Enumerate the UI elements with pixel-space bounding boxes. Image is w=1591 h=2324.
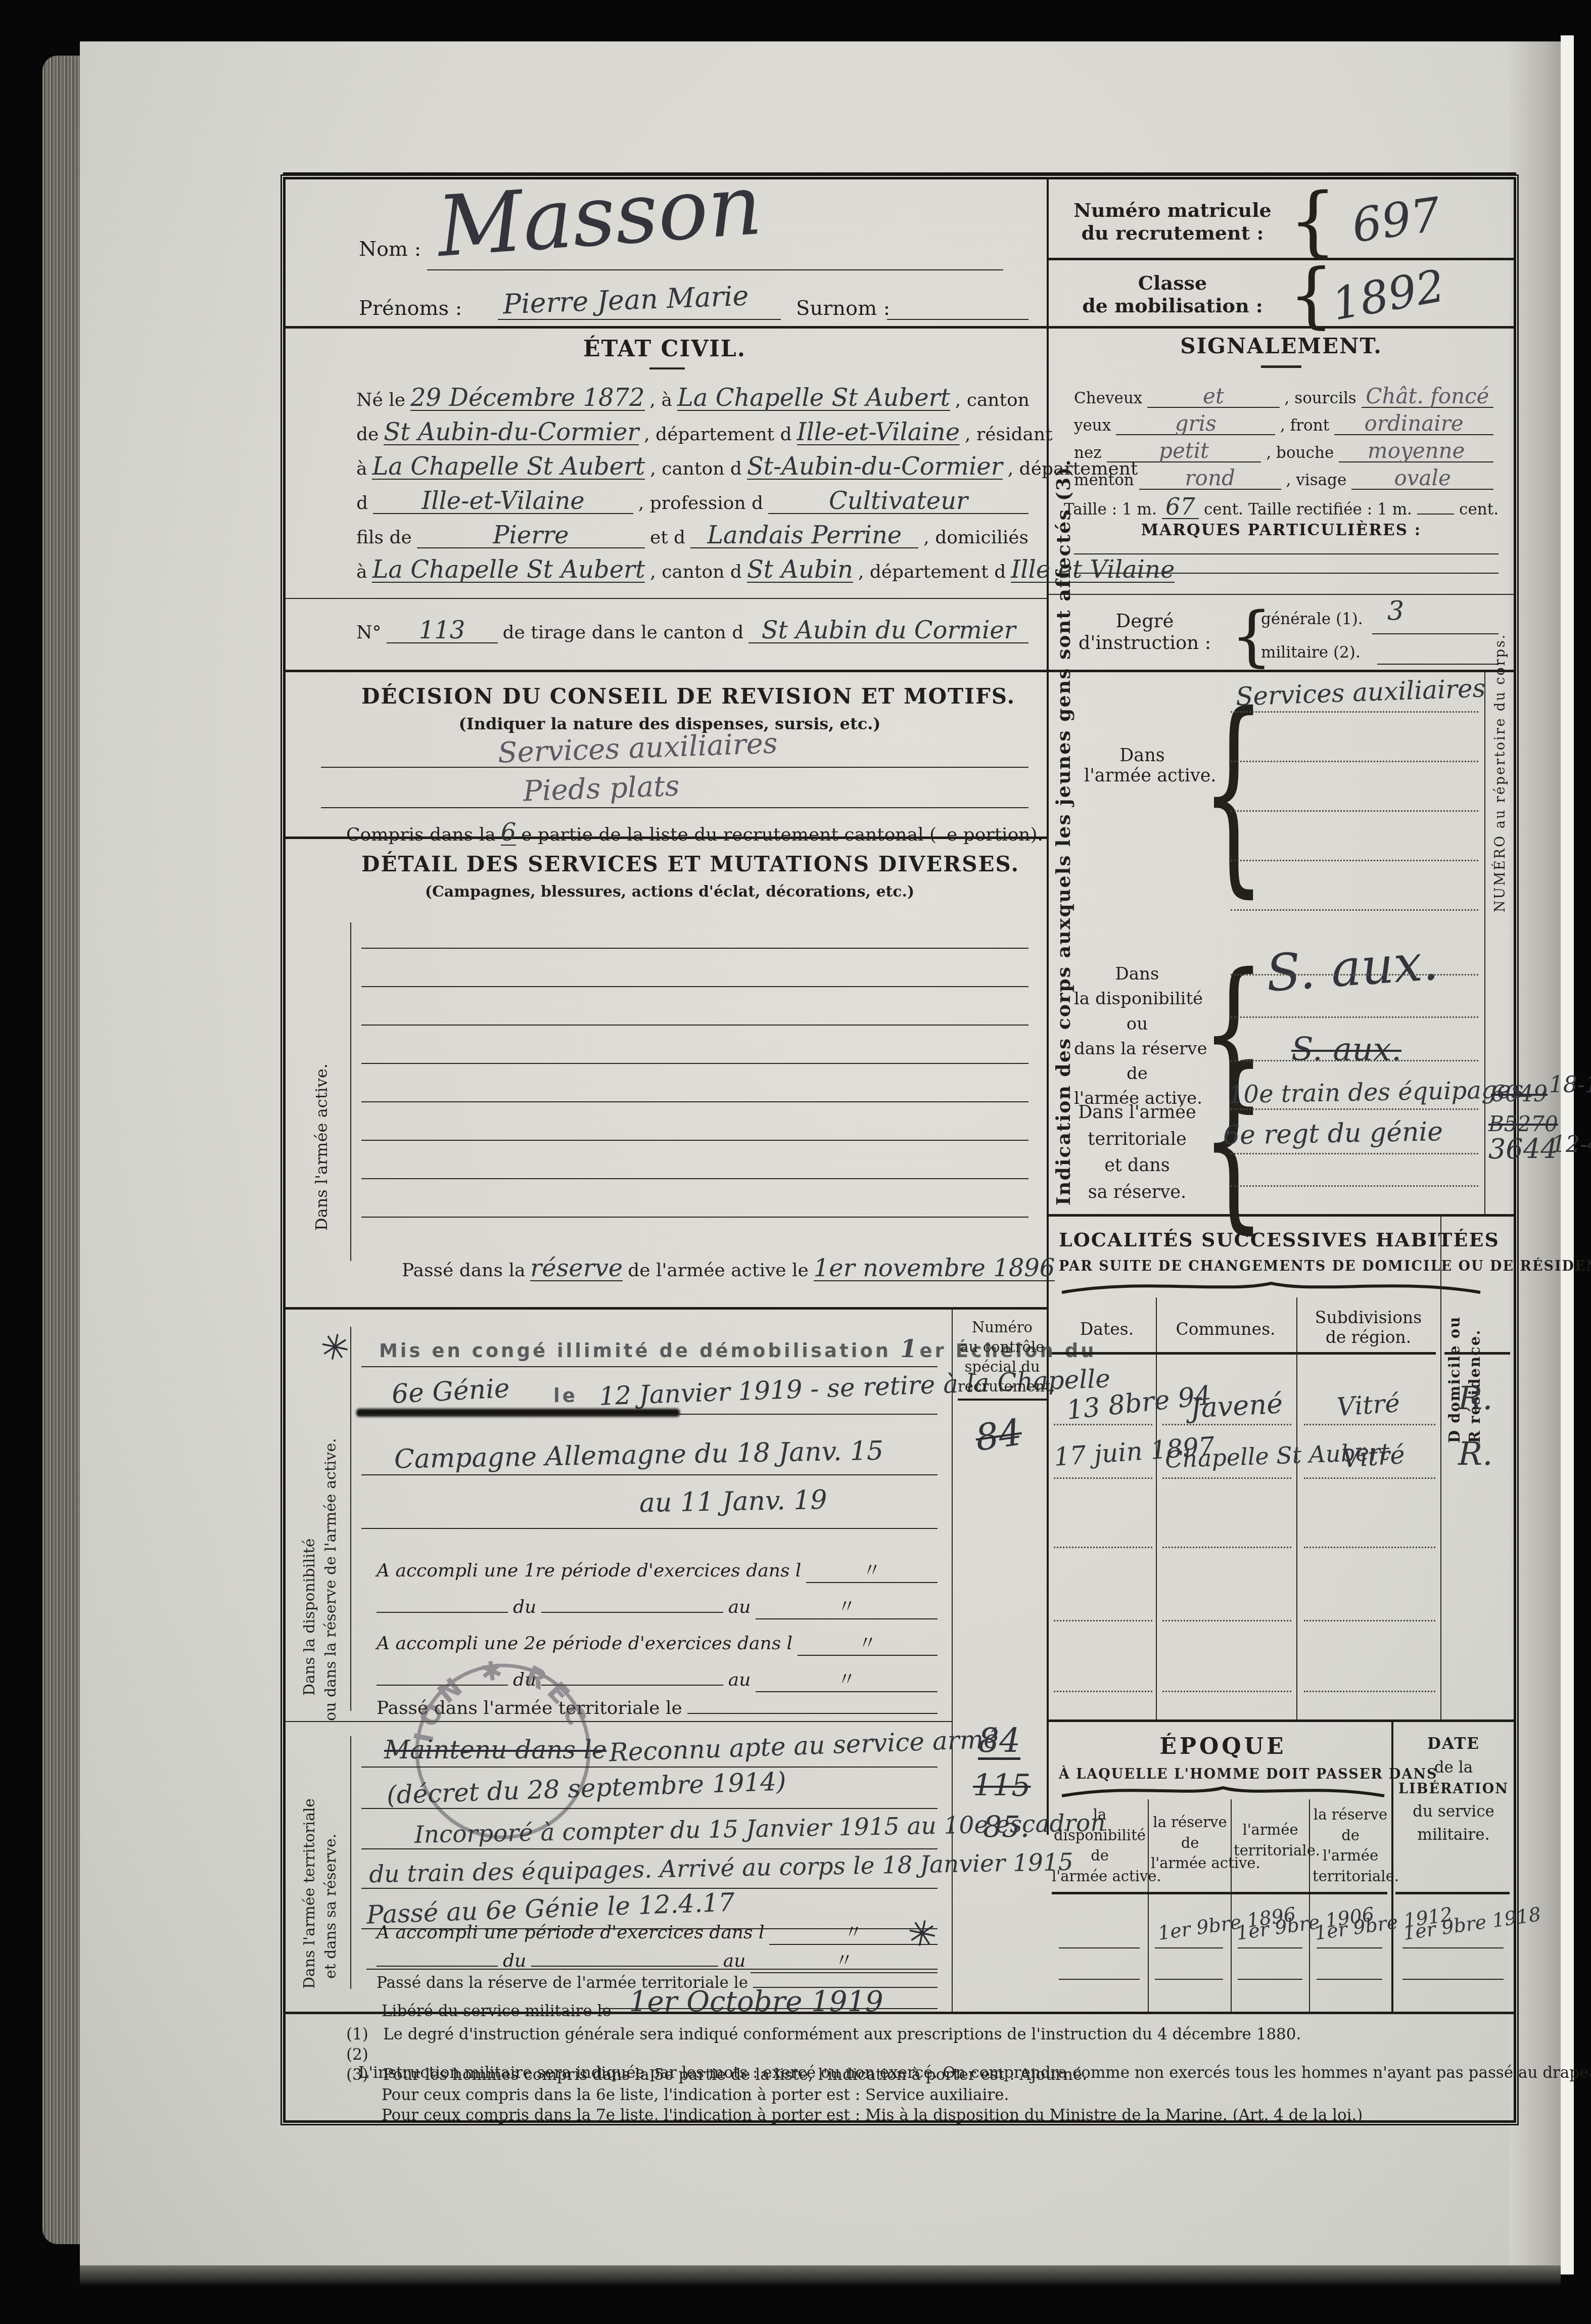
corps-dispo-line	[1231, 974, 1478, 975]
services-ruled-line	[361, 1140, 1028, 1141]
epoque-vline-3	[1309, 1799, 1310, 2012]
territoriale-struck: Maintenu dans le	[384, 1737, 606, 1762]
etat-civil-line-6: à La Chapelle St Aubert , canton d St Au…	[356, 557, 1028, 582]
corps-repertoire-label: NUMÉRO au répertoire du corps.	[1492, 700, 1508, 912]
corps-active-line	[1231, 909, 1478, 911]
epoque-row-line	[1059, 1979, 1140, 1980]
localites-subtitle: PAR SUITE DE CHANGEMENTS DE DOMICILE OU …	[1059, 1259, 1483, 1274]
conge-line-1	[361, 1366, 938, 1367]
surnom-label: Surnom :	[796, 297, 890, 320]
controle-header: Numéroau contrôle spécial durecrutement.	[958, 1318, 1047, 1397]
campagne-underline-2	[361, 1528, 938, 1529]
corps-bottom	[1047, 1214, 1514, 1217]
prenoms-label: Prénoms :	[359, 297, 462, 320]
localites-row-line	[1054, 1477, 1152, 1479]
periode-1-line: A accompli une 1re période d'exercices d…	[377, 1556, 938, 1581]
localites-col-subdivisions: Subdivisionsde région.	[1299, 1308, 1438, 1347]
nom-label: Nom :	[359, 238, 421, 261]
services-side-label: Dans l'armée active.	[312, 968, 331, 1231]
localites-empty-line	[1162, 1547, 1291, 1548]
form-top-border	[283, 172, 1516, 176]
signalement-title-rule	[1261, 365, 1301, 368]
conge-bracket	[350, 1327, 351, 1711]
classe-value: 1892	[1329, 263, 1448, 327]
decision-line-2	[321, 807, 1028, 808]
repertoire-column-divider	[1484, 670, 1485, 1214]
localites-row-line	[1162, 1477, 1291, 1479]
periode-1-dates: du au 〃	[377, 1593, 938, 1617]
territoriale-line-4	[361, 1888, 938, 1889]
territoriale-periode-dates: du au 〃	[377, 1946, 938, 1971]
prenoms-line	[498, 319, 781, 320]
territoriale-periode-line: A accompli une période d'exercices dans …	[377, 1918, 938, 1943]
epoque-subtitle: À LAQUELLE L'HOMME DOIT PASSER DANS	[1059, 1767, 1387, 1782]
prenoms-value: Pierre Jean Marie	[502, 283, 749, 318]
matricule-classe-divider	[1047, 258, 1514, 260]
svg-text:ION ✱ REC: ION ✱ REC	[409, 1655, 594, 1745]
corps-dispo-value: S. aux.	[1265, 937, 1440, 999]
services-ruled-line	[361, 948, 1028, 949]
degre-label: Degréd'instruction :	[1064, 610, 1226, 654]
localites-row-line	[1162, 1424, 1291, 1425]
epoque-date-header: DATEde la LIBÉRATION du servicemilitaire…	[1395, 1732, 1512, 1847]
conge-unit-value: 6e Génie	[391, 1375, 510, 1408]
localites-title: LOCALITÉS SUCCESSIVES HABITÉES	[1059, 1228, 1483, 1251]
localites-header-rule	[1052, 1352, 1436, 1355]
services-ruled-line	[361, 1178, 1028, 1179]
decision-motif-1: Services auxiliaires	[497, 729, 778, 767]
libere-underline	[599, 2008, 938, 2009]
stamp-arc-text: ION ✱ REC	[409, 1655, 594, 1745]
corps-terr-line	[1231, 1153, 1478, 1154]
etat-civil-title: ÉTAT CIVIL.	[488, 336, 841, 362]
signalement-nez: nez petit , bouche moyenne	[1074, 440, 1493, 462]
footnote-1: (1) Le degré d'instruction générale sera…	[346, 2025, 1488, 2043]
epoque-header-rule-date	[1395, 1892, 1510, 1894]
book-page-edges	[42, 56, 81, 2244]
services-ruled-line	[361, 1217, 1028, 1218]
degre-militaire-line	[1377, 664, 1499, 665]
corps-active-brace: {	[1201, 687, 1266, 900]
corps-dispo-line	[1231, 1016, 1478, 1018]
footnote-3: (3) Pour les hommes compris dans la 5e p…	[346, 2066, 1488, 2084]
territoriale-kept: Reconnu apte au service armé	[609, 1727, 999, 1765]
signalement-cheveux: Cheveux et , sourcils Chât. foncé	[1074, 386, 1493, 407]
localites-vline-3	[1440, 1214, 1441, 1719]
page-bottom-edge	[80, 2265, 1561, 2286]
signalement-yeux: yeux gris , front ordinaire	[1074, 413, 1493, 435]
conge-line-2	[361, 1414, 938, 1415]
services-subtitle: (Campagnes, blessures, actions d'éclat, …	[361, 883, 978, 901]
marques-label: MARQUES PARTICULIÈRES :	[1104, 521, 1458, 539]
matricule-value: 697	[1349, 191, 1443, 250]
classe-label: Classede mobilisation :	[1064, 271, 1281, 317]
localites-row1-subdivision: Vitré	[1336, 1390, 1400, 1420]
corps-terr-num-struck: 6049	[1491, 1083, 1548, 1105]
localites-row1-commune: Javené	[1190, 1390, 1284, 1422]
localites-row2-subdivision: Vitré	[1341, 1442, 1406, 1472]
corps-terr-value-3: 6e regt du génie	[1223, 1119, 1443, 1149]
controle-value: 84	[973, 1414, 1024, 1456]
epoque-row-line	[1317, 1979, 1382, 1980]
epoque-row-line	[1155, 1979, 1223, 1980]
etat-civil-line-5: fils de Pierre et d Landais Perrine , do…	[356, 523, 1028, 548]
territoriale-margin-84: 84	[978, 1724, 1020, 1760]
localites-empty-line	[1054, 1691, 1152, 1692]
services-passe-reserve: Passé dans la réserve de l'armée active …	[402, 1256, 1028, 1281]
localites-row-line	[1054, 1424, 1152, 1425]
localites-col-communes: Communes.	[1157, 1319, 1294, 1339]
localites-row1-dr: R.	[1458, 1382, 1493, 1415]
services-bottom	[286, 1307, 1047, 1310]
epoque-vline-1	[1148, 1799, 1149, 2012]
epoque-date-divider	[1391, 1719, 1393, 2012]
corps-terr-line	[1231, 1185, 1478, 1187]
services-ruled-line	[361, 986, 1028, 987]
campagne-line-2: au 11 Janv. 19	[639, 1487, 827, 1516]
corps-terr-line	[1231, 1108, 1478, 1110]
services-bracket	[350, 922, 351, 1261]
epoque-vline-2	[1231, 1799, 1232, 2012]
territoriale-margin-85: 85.	[983, 1812, 1030, 1841]
conge-side-label-1: Dans la disponibilité	[301, 1382, 318, 1696]
marques-line-2	[1074, 573, 1499, 574]
epoque-row-line	[1059, 1947, 1140, 1948]
territoriale-line-1	[361, 1767, 938, 1768]
campagne-underline-1	[361, 1474, 938, 1475]
degre-generale-line	[1372, 633, 1499, 634]
degre-militaire-label: militaire (2).	[1261, 643, 1361, 662]
epoque-col4-header: la réservede l'arméeterritoriale.	[1313, 1804, 1388, 1886]
etat-civil-line-1: Né le 29 Décembre 1872 , à La Chapelle S…	[356, 386, 1028, 410]
corps-terr-num-struck-2: B5270	[1488, 1113, 1558, 1135]
stamp-smear	[356, 1409, 680, 1417]
marques-line-1	[1074, 553, 1499, 554]
corps-terr-date-2: 12-4-17	[1552, 1134, 1591, 1156]
conge-asterisk-mark: ✳	[316, 1324, 353, 1371]
signalement-taille: Taille : 1 m. 67 cent. Taille rectifiée …	[1064, 495, 1499, 519]
tirage-divider	[286, 598, 1047, 599]
localites-vline-1	[1156, 1297, 1157, 1719]
corps-active-value: Services auxiliaires	[1235, 675, 1486, 709]
campagne-line-1: Campagne Allemagne du 18 Janv. 15	[394, 1438, 884, 1473]
epoque-col1-header: ladisponibilité del'armée active.	[1052, 1804, 1148, 1886]
degre-bottom	[1047, 670, 1514, 672]
services-title: DÉTAIL DES SERVICES ET MUTATIONS DIVERSE…	[361, 852, 978, 876]
localites-empty-line	[1304, 1620, 1435, 1621]
book-photo: Nom : Masson Prénoms : Pierre Jean Marie…	[0, 0, 1591, 2324]
territoriale-margin-115: 115	[973, 1771, 1031, 1801]
territoriale-bracket	[350, 1736, 351, 1989]
localites-row-line	[1304, 1424, 1435, 1425]
decision-motif-2: Pieds plats	[523, 772, 680, 806]
territoriale-side-label-1: Dans l'armée territoriale	[301, 1756, 318, 1989]
footnote-3b: Pour ceux compris dans la 6e liste, l'in…	[382, 2086, 1493, 2104]
corps-active-line	[1231, 761, 1478, 762]
nom-value: Masson	[435, 163, 764, 269]
etat-civil-line-3: à La Chapelle St Aubert , canton d St-Au…	[356, 454, 1028, 479]
corps-terr-date-1: 18-1-16	[1549, 1074, 1591, 1096]
epoque-brace-ornament	[1059, 1783, 1387, 1799]
epoque-row-line	[1317, 1947, 1382, 1948]
controle-header-rule	[958, 1399, 1047, 1401]
corps-active-line	[1231, 711, 1478, 713]
surnom-line	[887, 319, 1028, 320]
matricule-brace: {	[1289, 183, 1337, 259]
conge-terr-divider	[286, 1721, 952, 1722]
territoriale-train: du train des équipages. Arrivé au corps …	[369, 1850, 1073, 1886]
signalement-title: SIGNALEMENT.	[1104, 334, 1458, 358]
matricule-form: Nom : Masson Prénoms : Pierre Jean Marie…	[283, 177, 1516, 2123]
corps-terr-line	[1231, 1060, 1478, 1061]
etat-civil-line-2: de St Aubin-du-Cormier , département d I…	[356, 420, 1028, 445]
conge-stamp-le: le	[553, 1385, 578, 1407]
decision-line-1	[321, 767, 1028, 768]
corps-active-line	[1231, 810, 1478, 812]
epoque-row-line	[1238, 1979, 1302, 1980]
localites-vline-2	[1296, 1297, 1297, 1719]
services-ruled-line	[361, 1025, 1028, 1026]
localites-bottom	[1047, 1719, 1514, 1722]
etat-civil-line-4: d Ille-et-Vilaine , profession d Cultiva…	[356, 489, 1028, 514]
corps-terr-label: Dans l'arméeterritoriale et danssa réser…	[1066, 1099, 1208, 1205]
localites-empty-line	[1054, 1620, 1152, 1621]
decision-title: DÉCISION DU CONSEIL DE REVISION ET MOTIF…	[361, 684, 978, 709]
decision-compris-line: Compris dans la 6 e partie de la liste d…	[346, 820, 993, 845]
classe-brace: {	[1289, 260, 1334, 331]
nom-line	[427, 269, 1003, 270]
localites-row2-dr: R.	[1458, 1438, 1493, 1470]
localites-empty-line	[1304, 1547, 1435, 1548]
etat-civil-title-rule	[649, 367, 685, 369]
periode-2-line: A accompli une 2e période d'exercices da…	[377, 1629, 938, 1654]
degre-generale-value: 3	[1387, 598, 1404, 624]
localites-empty-line	[1162, 1620, 1291, 1621]
territoriale-side-label-2: et dans sa réserve.	[322, 1767, 340, 1979]
tirage-line: N° 113 de tirage dans le canton d St Aub…	[356, 618, 1028, 643]
territoriale-libere: Libéré du service militaire le 1er Octob…	[382, 1993, 868, 2021]
localites-row-line	[1304, 1477, 1435, 1479]
localites-empty-line	[1304, 1691, 1435, 1692]
epoque-row-line	[1402, 1979, 1504, 1980]
services-ruled-line	[361, 1101, 1028, 1102]
localites-header-rule-dr	[1444, 1352, 1510, 1355]
epoque-header-rule	[1052, 1892, 1387, 1894]
epoque-col3-header: l'arméeterritoriale.	[1234, 1820, 1307, 1861]
footnote-3c: Pour ceux compris dans la 7e liste, l'in…	[382, 2106, 1493, 2124]
controle-column-divider	[952, 1307, 953, 2012]
etat-civil-bottom	[286, 670, 1047, 672]
corps-active-line	[1231, 860, 1478, 861]
degre-generale-label: générale (1).	[1261, 610, 1363, 628]
epoque-row-line	[1402, 1947, 1504, 1948]
epoque-row-line	[1238, 1947, 1302, 1948]
conge-side-label-2: ou dans la réserve de l'armée active.	[322, 1357, 340, 1721]
signalement-menton: menton rond , visage ovale	[1074, 468, 1493, 489]
epoque-title: ÉPOQUE	[1059, 1734, 1387, 1759]
territoriale-line-2	[361, 1808, 938, 1809]
corps-dispo-label: Dansla disponibilité oudans la réserve d…	[1074, 962, 1200, 1111]
matricule-label: Numéro matriculedu recrutement :	[1064, 199, 1281, 244]
corps-active-label: Dansl'armée active.	[1084, 746, 1200, 786]
services-ruled-line	[361, 1063, 1028, 1064]
corps-terr-value-2: 10e train des équipages	[1228, 1078, 1524, 1107]
localites-empty-line	[1162, 1691, 1291, 1692]
epoque-col2-header: la réservedel'armée active.	[1151, 1812, 1229, 1874]
localites-brace-ornament	[1059, 1277, 1483, 1295]
signalement-degre-divider	[1047, 594, 1514, 595]
localites-col-dates: Dates.	[1059, 1319, 1155, 1339]
territoriale-line-3	[361, 1848, 938, 1849]
corps-terr-num-kept: 3644	[1488, 1136, 1558, 1163]
epoque-row-line	[1155, 1947, 1223, 1948]
localites-empty-line	[1054, 1547, 1152, 1548]
